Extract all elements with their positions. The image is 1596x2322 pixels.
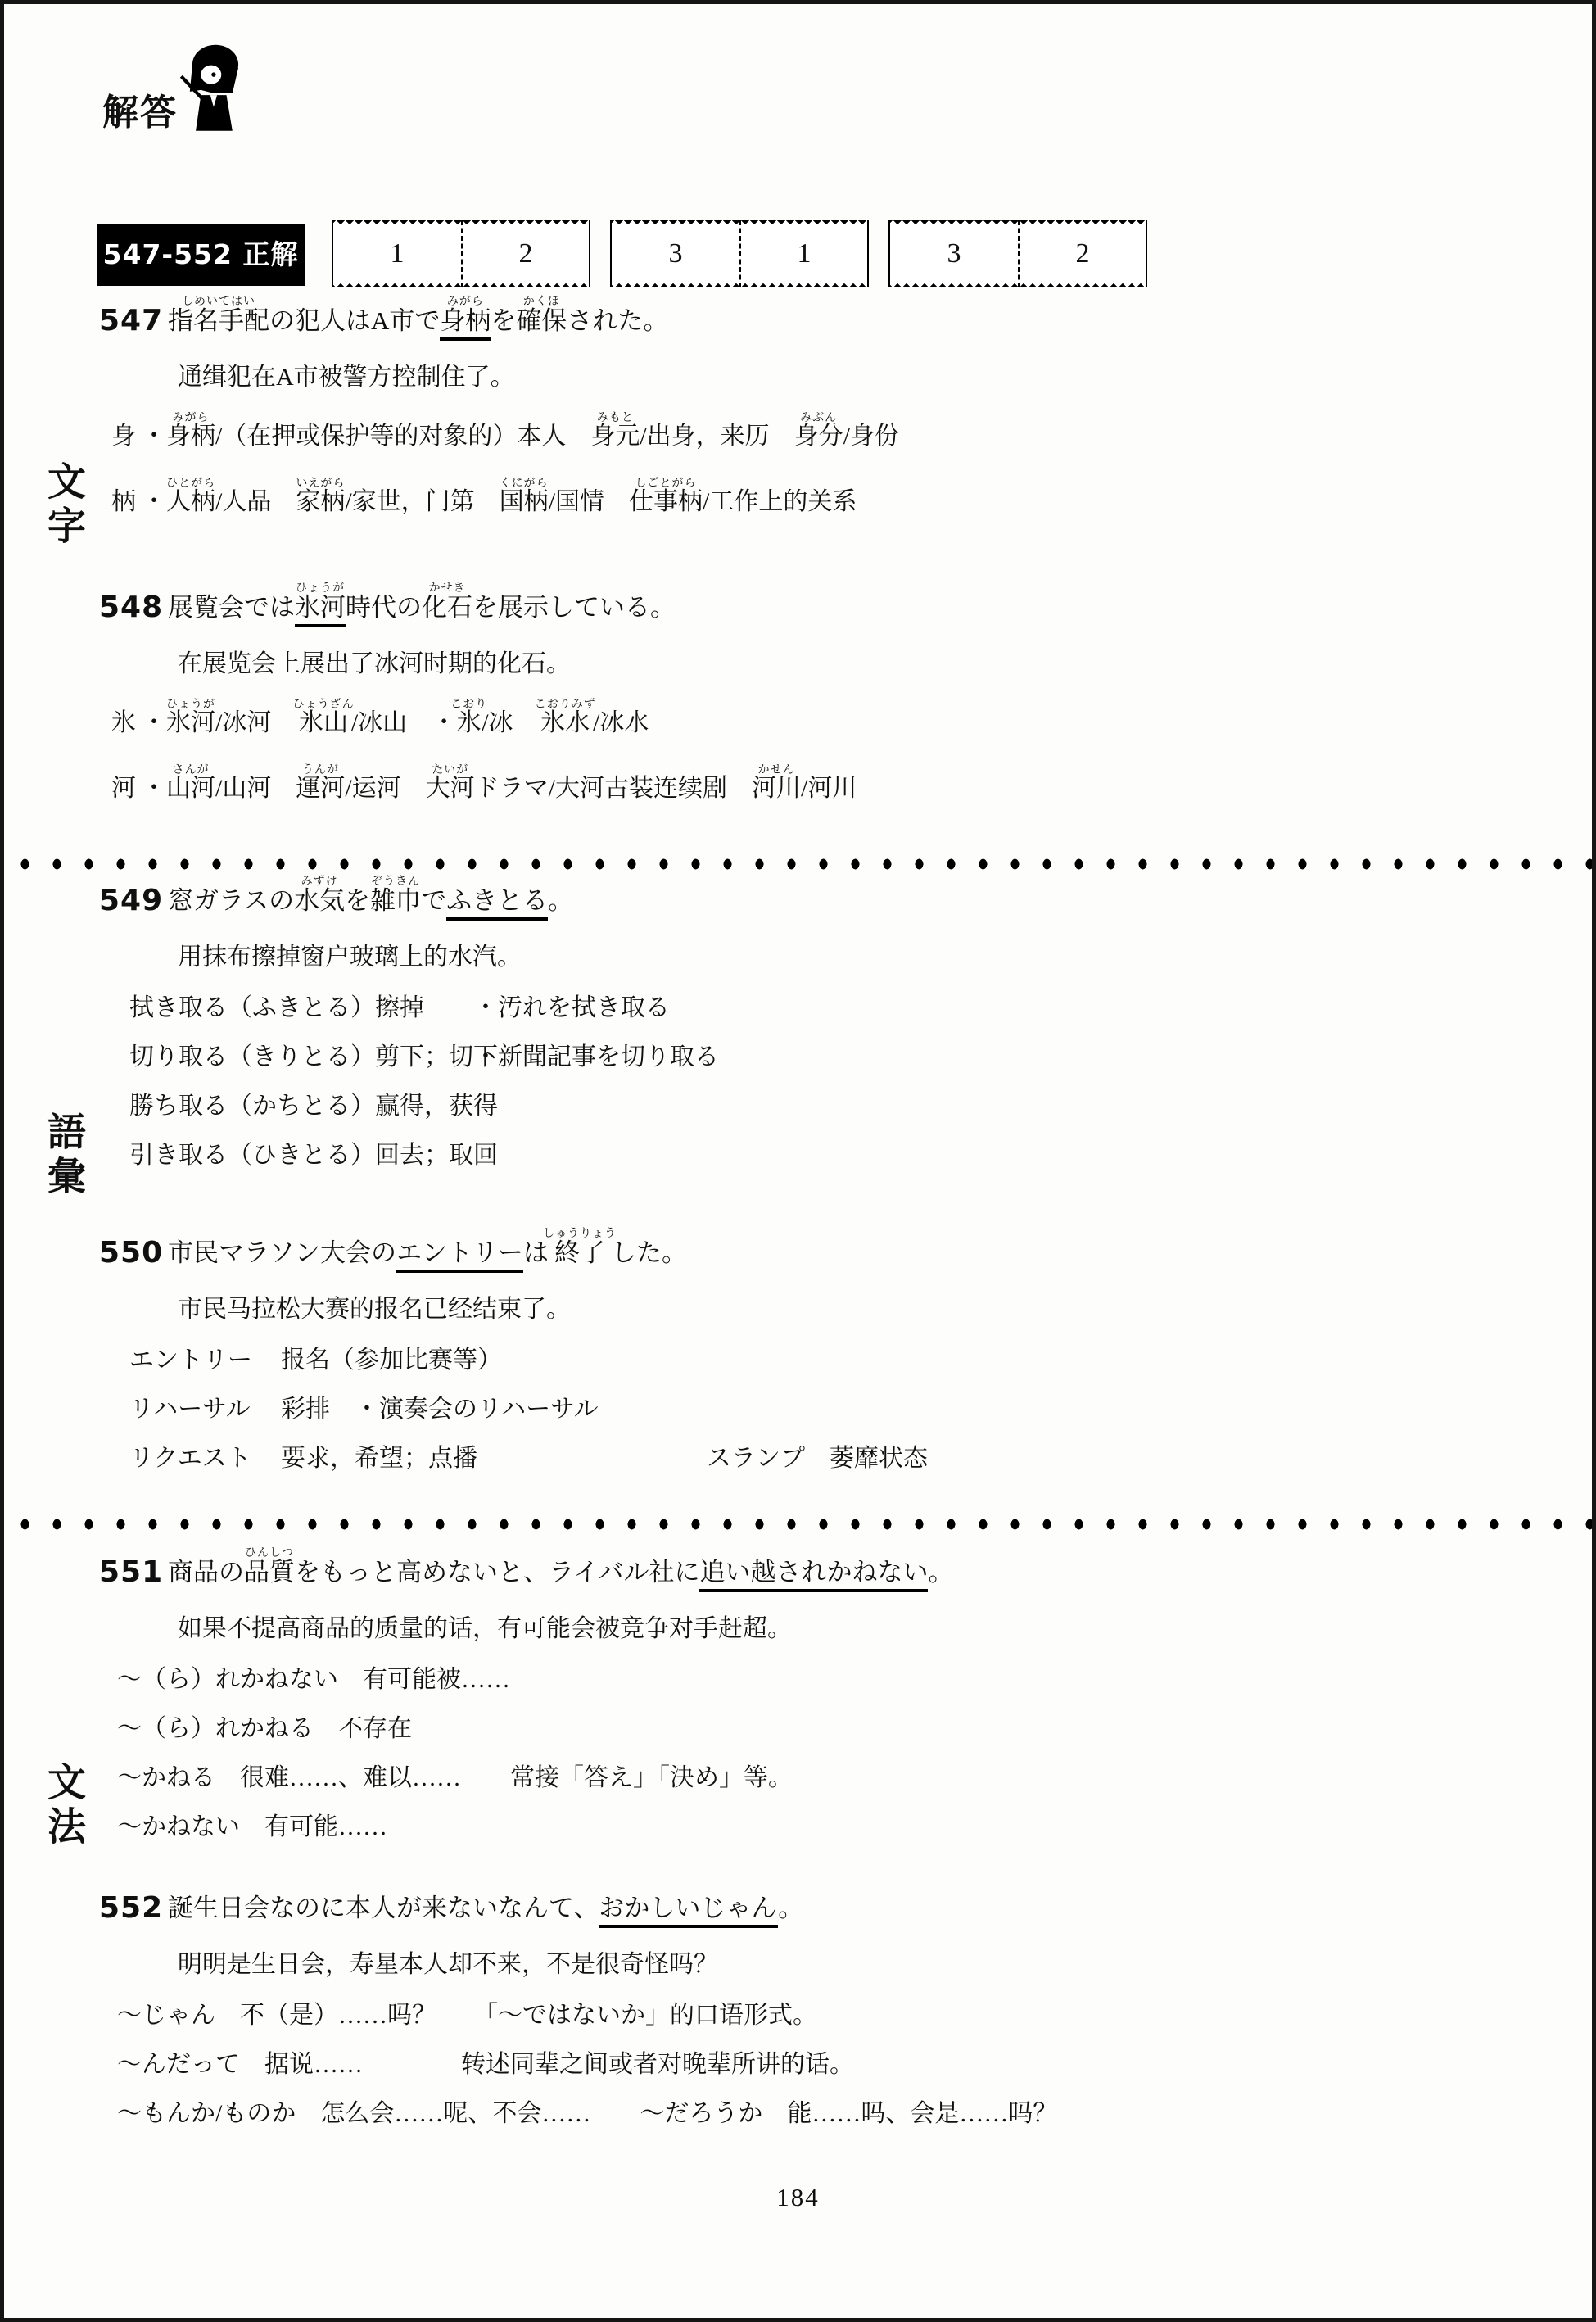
furigana: さんが xyxy=(166,764,215,776)
furigana: みがら xyxy=(440,296,491,308)
vocab-line: 氷・氷河ひょうが/冰河 氷山ひょうざん/冰山 ・氷こおり/冰 氷水こおりみず/冰… xyxy=(4,690,1592,756)
text-segment: 誕生日会なのに本人が来ないなんて、 xyxy=(168,1894,599,1922)
ruby-term: 氷山ひょうざん xyxy=(296,709,351,736)
definition-cell: リクエスト xyxy=(129,1434,281,1483)
ruby-term: 国柄くにがら xyxy=(500,488,549,515)
ruby-term: 山河さんが xyxy=(166,775,215,802)
answer-value: 3 xyxy=(890,220,1018,287)
text-segment: 。 xyxy=(928,1558,953,1586)
furigana: みもと xyxy=(590,412,640,424)
page-title: 解答 xyxy=(102,83,178,135)
definition-line: リクエスト要求，希望；点播スランプ 萎靡状态 xyxy=(4,1434,1592,1483)
definition-cell: 拭き取る（ふきとる）擦掉 xyxy=(129,984,473,1033)
furigana: しゅうりょう xyxy=(543,1228,617,1240)
ruby-term: 化石かせき xyxy=(422,593,472,622)
text-segment: した。 xyxy=(611,1238,687,1267)
grammar-note-line: ～（ら）れかねない 有可能被…… xyxy=(4,1655,1592,1704)
translation-line: 明明是生日会，寿星本人却不来，不是很奇怪吗？ xyxy=(4,1939,1592,1991)
definition-line: リハーサル彩排 ・演奏会のリハーサル xyxy=(4,1385,1592,1434)
exercise-550: 550市民マラソン大会のエントリーは終了しゅうりょうした。市民马拉松大赛的报名已… xyxy=(4,1223,1592,1483)
ruby-term: 身柄みがら xyxy=(166,423,215,450)
furigana: みがら xyxy=(166,412,215,424)
furigana: たいが xyxy=(426,764,475,776)
text-segment: を xyxy=(345,886,370,915)
ruby-term: 大河たいが xyxy=(426,775,475,802)
ruby-term: 氷水こおりみず xyxy=(538,709,594,736)
text-segment: /（在押或保护等的对象的）本人 xyxy=(215,423,590,450)
furigana: しごとがら xyxy=(629,478,703,490)
ruby-term: 河川かせん xyxy=(752,775,801,802)
definition-line: 拭き取る（ふきとる）擦掉・汚れを拭き取る xyxy=(4,984,1592,1033)
definition-cell: 报名（参加比赛等） xyxy=(281,1336,707,1385)
vocab-head-kanji: 柄 xyxy=(111,469,136,535)
text-segment: /冰河 xyxy=(215,709,296,736)
text-segment: /冰 xyxy=(482,709,537,736)
sentence-text: 展覧会では氷河ひょうが時代の化石かせきを展示している。 xyxy=(168,593,676,627)
translation-line: 通缉犯在A市被警方控制住了。 xyxy=(4,351,1592,404)
furigana: いえがら xyxy=(296,478,345,490)
exercise-548: 548展覧会では氷河ひょうが時代の化石かせきを展示している。在展览会上展出了冰河… xyxy=(4,577,1592,822)
ruby-term: 氷こおり xyxy=(456,709,482,736)
text-segment: ・ xyxy=(142,423,166,450)
definition-cell: 切り取る（きりとる）剪下；切下 xyxy=(129,1033,473,1082)
text-segment: 窓ガラスの xyxy=(168,886,294,915)
furigana: うんが xyxy=(296,764,345,776)
text-segment: ・ xyxy=(142,709,166,736)
exercise-number: 551 xyxy=(99,1542,163,1603)
sentence-line: 551商品の品質ひんしつをもっと高めないと、ライバル社に追い越されかねない。 xyxy=(4,1542,1592,1603)
sentence-text: 商品の品質ひんしつをもっと高めないと、ライバル社に追い越されかねない。 xyxy=(168,1558,953,1592)
text-segment: 。 xyxy=(778,1894,803,1922)
text-segment: を xyxy=(491,306,516,335)
exercise-number: 552 xyxy=(99,1878,163,1939)
definition-cell xyxy=(707,1336,1592,1385)
text-segment: /家世，门第 xyxy=(345,488,499,515)
furigana: こおり xyxy=(450,699,487,711)
ruby-term: 終了しゅうりょう xyxy=(549,1238,611,1267)
exercise-549: 549窓ガラスの水気みずけを雑巾ぞうきんでふきとる。用抹布擦掉窗户玻璃上的水汽。… xyxy=(4,871,1592,1180)
ruby-term: 確保かくほ xyxy=(516,306,567,335)
text-segment: /冰水 xyxy=(593,709,649,736)
answer-value: 1 xyxy=(739,220,867,287)
text-segment: /出身，来历 xyxy=(640,423,793,450)
translation-line: 如果不提高商品的质量的话，有可能会被竞争对手赶超。 xyxy=(4,1603,1592,1655)
answer-box-3: 3 2 xyxy=(888,220,1147,287)
furigana: くにがら xyxy=(500,478,549,490)
text-segment: ・ xyxy=(142,775,166,802)
text-segment: 市民マラソン大会の xyxy=(168,1238,396,1267)
underlined-term: 追い越されかねない xyxy=(699,1558,928,1592)
textbook-answer-page: 解答 547-552 正解 1 2 3 1 3 2 文字 語彙 文法 547指名… xyxy=(0,0,1596,2322)
vocab-head-kanji: 氷 xyxy=(111,690,136,756)
dotted-divider xyxy=(4,1518,1592,1531)
grammar-note-line: ～じゃん 不（是）……吗？ 「～ではないか」的口语形式。 xyxy=(4,1991,1592,2040)
underlined-term: 氷河ひょうが xyxy=(295,593,346,627)
answer-bar: 547-552 正解 1 2 3 1 3 2 xyxy=(4,220,1592,289)
underlined-term: ふきとる xyxy=(446,886,548,921)
translation-line: 在展览会上展出了冰河时期的化石。 xyxy=(4,638,1592,690)
definition-cell xyxy=(473,1131,1592,1180)
answer-value: 1 xyxy=(333,220,461,287)
exercise-number: 548 xyxy=(99,577,163,638)
translation-line: 用抹布擦掉窗户玻璃上的水汽。 xyxy=(4,931,1592,984)
furigana: ひょうが xyxy=(295,582,346,595)
ruby-term: 水気みずけ xyxy=(294,886,345,915)
answer-value: 3 xyxy=(612,220,739,287)
definition-line: 勝ち取る（かちとる）赢得，获得 xyxy=(4,1082,1592,1131)
underlined-term: エントリー xyxy=(396,1238,523,1273)
vocab-entries: ・山河さんが/山河 運河うんが/运河 大河たいがドラマ/大河古装连续剧 河川かせ… xyxy=(142,775,857,802)
definition-cell: 彩排 ・演奏会のリハーサル xyxy=(281,1385,707,1434)
definition-line: 切り取る（きりとる）剪下；切下・新聞記事を切り取る xyxy=(4,1033,1592,1082)
text-segment: ・ xyxy=(142,488,166,515)
ruby-term: 指名手配しめいてはい xyxy=(168,306,269,335)
grammar-note-line: ～んだって 据说…… 转述同辈之间或者对晚辈所讲的话。 xyxy=(4,2040,1592,2089)
sentence-line: 547指名手配しめいてはいの犯人はA市で身柄みがらを確保かくほされた。 xyxy=(4,291,1592,351)
text-segment: ドラマ/大河古装连续剧 xyxy=(475,775,752,802)
vocab-entries: ・人柄ひとがら/人品 家柄いえがら/家世，门第 国柄くにがら/国情 仕事柄しごと… xyxy=(142,488,857,515)
text-segment: /运河 xyxy=(345,775,425,802)
dotted-divider xyxy=(4,858,1592,871)
answer-box-1: 1 2 xyxy=(332,220,590,287)
definition-cell xyxy=(473,1082,1592,1131)
definition-cell: エントリー xyxy=(129,1336,281,1385)
text-segment: 商品の xyxy=(168,1558,244,1586)
definition-cell: 引き取る（ひきとる）回去；取回 xyxy=(129,1131,473,1180)
text-segment: /国情 xyxy=(549,488,629,515)
vocab-entries: ・身柄みがら/（在押或保护等的对象的）本人 身元みもと/出身，来历 身分みぶん/… xyxy=(142,423,899,450)
ruby-term: 家柄いえがら xyxy=(296,488,345,515)
text-segment: 時代の xyxy=(346,593,422,622)
text-segment: /冰山 ・ xyxy=(351,709,456,736)
ruby-term: 身分みぶん xyxy=(794,423,843,450)
definition-cell: スランプ 萎靡状态 xyxy=(707,1434,1592,1483)
furigana: しめいてはい xyxy=(168,296,269,308)
ruby-term: 身元みもと xyxy=(590,423,640,450)
text-segment: で xyxy=(421,886,446,915)
answer-box-2: 3 1 xyxy=(610,220,869,287)
exercise-551: 551商品の品質ひんしつをもっと高めないと、ライバル社に追い越されかねない。如果… xyxy=(4,1542,1592,1852)
answer-range-label: 547-552 正解 xyxy=(97,224,305,286)
exercise-number: 547 xyxy=(99,291,163,351)
furigana: かせん xyxy=(752,764,801,776)
sentence-line: 549窓ガラスの水気みずけを雑巾ぞうきんでふきとる。 xyxy=(4,871,1592,931)
furigana: かせき xyxy=(422,582,472,595)
text-segment: /山河 xyxy=(215,775,296,802)
definition-line: エントリー报名（参加比赛等） xyxy=(4,1336,1592,1385)
text-segment: /身份 xyxy=(843,423,899,450)
ruby-term: 氷河ひょうが xyxy=(166,709,215,736)
furigana: ひょうが xyxy=(166,699,215,711)
text-segment: /河川 xyxy=(801,775,857,802)
vocab-head-kanji: 河 xyxy=(111,756,136,822)
vocab-line: 身・身柄みがら/（在押或保护等的对象的）本人 身元みもと/出身，来历 身分みぶん… xyxy=(4,404,1592,469)
furigana: ぞうきん xyxy=(370,876,421,888)
definition-cell xyxy=(707,1385,1592,1434)
furigana: ひんしつ xyxy=(244,1547,295,1559)
ruby-term: 運河うんが xyxy=(296,775,345,802)
sentence-text: 窓ガラスの水気みずけを雑巾ぞうきんでふきとる。 xyxy=(168,886,573,921)
grammar-note-line: ～もんか/ものか 怎么会……呢、不会…… ～だろうか 能……吗、会是……吗？ xyxy=(4,2089,1592,2139)
sentence-line: 550市民マラソン大会のエントリーは終了しゅうりょうした。 xyxy=(4,1223,1592,1283)
definition-line: 引き取る（ひきとる）回去；取回 xyxy=(4,1131,1592,1180)
definition-cell: リハーサル xyxy=(129,1385,281,1434)
text-segment: された。 xyxy=(567,306,668,335)
grammar-note-line: ～かねない 有可能…… xyxy=(4,1803,1592,1852)
vocab-line: 河・山河さんが/山河 運河うんが/运河 大河たいがドラマ/大河古装连续剧 河川か… xyxy=(4,756,1592,822)
answer-value: 2 xyxy=(461,220,589,287)
exercise-547: 547指名手配しめいてはいの犯人はA市で身柄みがらを確保かくほされた。通缉犯在A… xyxy=(4,291,1592,535)
exercise-number: 549 xyxy=(99,871,163,931)
sentence-line: 552誕生日会なのに本人が来ないなんて、おかしいじゃん。 xyxy=(4,1878,1592,1939)
page-number: 184 xyxy=(4,2183,1592,2212)
text-segment: を展示している。 xyxy=(472,593,676,622)
sentence-text: 市民マラソン大会のエントリーは終了しゅうりょうした。 xyxy=(168,1238,687,1273)
ruby-term: 仕事柄しごとがら xyxy=(629,488,703,515)
text-segment: 。 xyxy=(548,886,573,915)
text-segment: /人品 xyxy=(215,488,296,515)
sentence-text: 誕生日会なのに本人が来ないなんて、おかしいじゃん。 xyxy=(168,1894,803,1928)
furigana: みぶん xyxy=(794,412,843,424)
furigana: みずけ xyxy=(294,876,345,888)
sentence-text: 指名手配しめいてはいの犯人はA市で身柄みがらを確保かくほされた。 xyxy=(168,306,668,341)
sentence-line: 548展覧会では氷河ひょうが時代の化石かせきを展示している。 xyxy=(4,577,1592,638)
definition-cell: 要求，希望；点播 xyxy=(281,1434,707,1483)
text-segment: をもっと高めないと、ライバル社に xyxy=(295,1558,699,1586)
ruby-term: 雑巾ぞうきん xyxy=(370,886,421,915)
underlined-term: 身柄みがら xyxy=(440,306,491,341)
furigana: かくほ xyxy=(516,296,567,308)
answer-value: 2 xyxy=(1018,220,1146,287)
ruby-term: 品質ひんしつ xyxy=(244,1558,295,1586)
exercise-552: 552誕生日会なのに本人が来ないなんて、おかしいじゃん。明明是生日会，寿星本人却… xyxy=(4,1878,1592,2139)
ruby-term: 人柄ひとがら xyxy=(166,488,215,515)
vocab-head-kanji: 身 xyxy=(111,404,136,469)
definition-cell: 勝ち取る（かちとる）赢得，获得 xyxy=(129,1082,473,1131)
furigana: こおりみず xyxy=(535,699,596,711)
grammar-note-line: ～かねる 很难……、难以…… 常接「答え」「決め」等。 xyxy=(4,1754,1592,1803)
teacher-mascot-illustration xyxy=(173,42,258,145)
grammar-note-line: ～（ら）れかねる 不存在 xyxy=(4,1704,1592,1754)
definition-cell: ・新聞記事を切り取る xyxy=(473,1033,1592,1082)
text-segment: /工作上的关系 xyxy=(703,488,857,515)
furigana: ひとがら xyxy=(166,478,215,490)
exercise-number: 550 xyxy=(99,1223,163,1283)
text-segment: の犯人はA市で xyxy=(269,306,440,335)
definition-cell: ・汚れを拭き取る xyxy=(473,984,1592,1033)
underlined-term: おかしいじゃん xyxy=(599,1894,778,1928)
text-segment: 展覧会では xyxy=(168,593,295,622)
vocab-line: 柄・人柄ひとがら/人品 家柄いえがら/家世，门第 国柄くにがら/国情 仕事柄しご… xyxy=(4,469,1592,535)
translation-line: 市民马拉松大赛的报名已经结束了。 xyxy=(4,1283,1592,1336)
furigana: ひょうざん xyxy=(293,699,355,711)
vocab-entries: ・氷河ひょうが/冰河 氷山ひょうざん/冰山 ・氷こおり/冰 氷水こおりみず/冰水 xyxy=(142,709,649,736)
